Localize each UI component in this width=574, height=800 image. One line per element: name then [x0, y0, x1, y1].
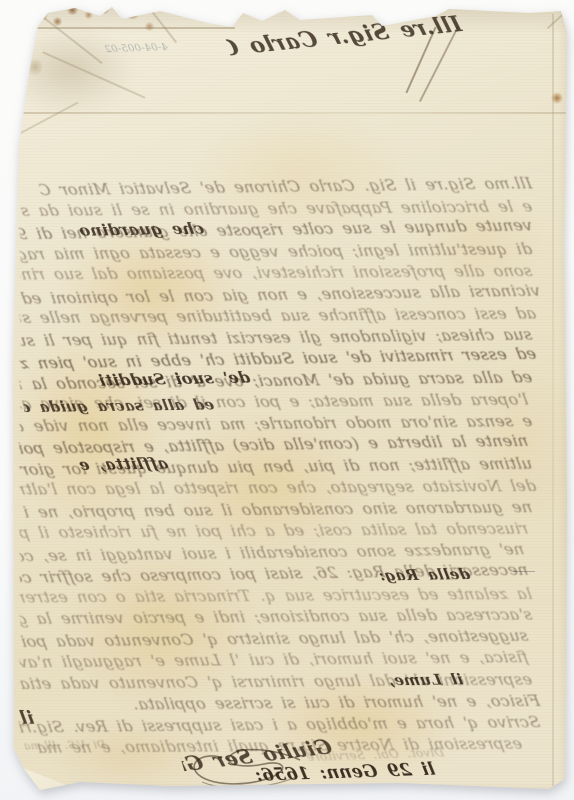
handwriting-line: ad essi concessi affinche sua beatitudin…	[18, 305, 537, 328]
manuscript-page: Ill.mo Sig.re il Sig. Carlo Chirone de' …	[0, 0, 574, 800]
rust-stain	[300, 11, 309, 19]
dark-word: ed alla sacra guida de'	[22, 397, 215, 417]
handwriting-line: sono alle professioni richiestevi, ove p…	[18, 262, 533, 284]
paper-shadow: Ill.mo Sig.re il Sig. Carlo Chirone de' …	[0, 0, 574, 800]
handwriting-line: di quest'ultimi legni; poiche veggo e ce…	[18, 240, 533, 264]
scanned-document: Ill.mo Sig.re il Sig. Carlo Chirone de' …	[0, 0, 574, 800]
paper-damage-fleck	[2, 468, 11, 474]
docket-annotation: Ill.re Sig.r Carlo Ghisi	[225, 12, 465, 62]
dark-word: il Lume, e'	[383, 671, 464, 690]
handwriting-line: s'accresca della sua condizione; indi e …	[18, 606, 533, 629]
handwriting-line: niente la liberta e (com'ella dice) affl…	[18, 432, 530, 459]
handwriting-closing-line: Scrivo q' hora e m'obbligo a i casi supp…	[18, 713, 541, 737]
handwriting-line: Ill.mo Sig.re il Sig. Carlo Chirone de' …	[38, 175, 534, 201]
handwriting-line: del Noviziato segregato, che con rispett…	[18, 477, 537, 499]
dark-word: afflitta, e	[26, 455, 170, 476]
dark-word: che guardino	[70, 220, 206, 241]
handwriting-line: la zelante ed esecutrice sua q. Trinacri…	[18, 585, 533, 607]
handwriting-line: fisica, e ne' suoi humori, di cui 'l Lum…	[18, 648, 529, 672]
pencil-inscription: 4-04-005-02	[63, 42, 169, 57]
handwriting-closing-line: Fisico, e ne' humori di cui si scrisse o…	[98, 692, 541, 715]
dark-word: della Rag: 26	[376, 566, 471, 585]
valediction: Di V.S. Ill.ma	[13, 739, 107, 754]
handwriting-line: riuscendo tal salita cosi; ed a chi poi …	[18, 520, 529, 543]
handwriting-line: ne guardarono sino considerando il suo b…	[18, 498, 533, 522]
rust-stain	[222, 15, 233, 24]
signature-flourish	[178, 742, 308, 796]
handwriting-layer: Ill.mo Sig.re il Sig. Carlo Chirone de' …	[0, 0, 574, 800]
dark-word: il	[6, 708, 36, 729]
